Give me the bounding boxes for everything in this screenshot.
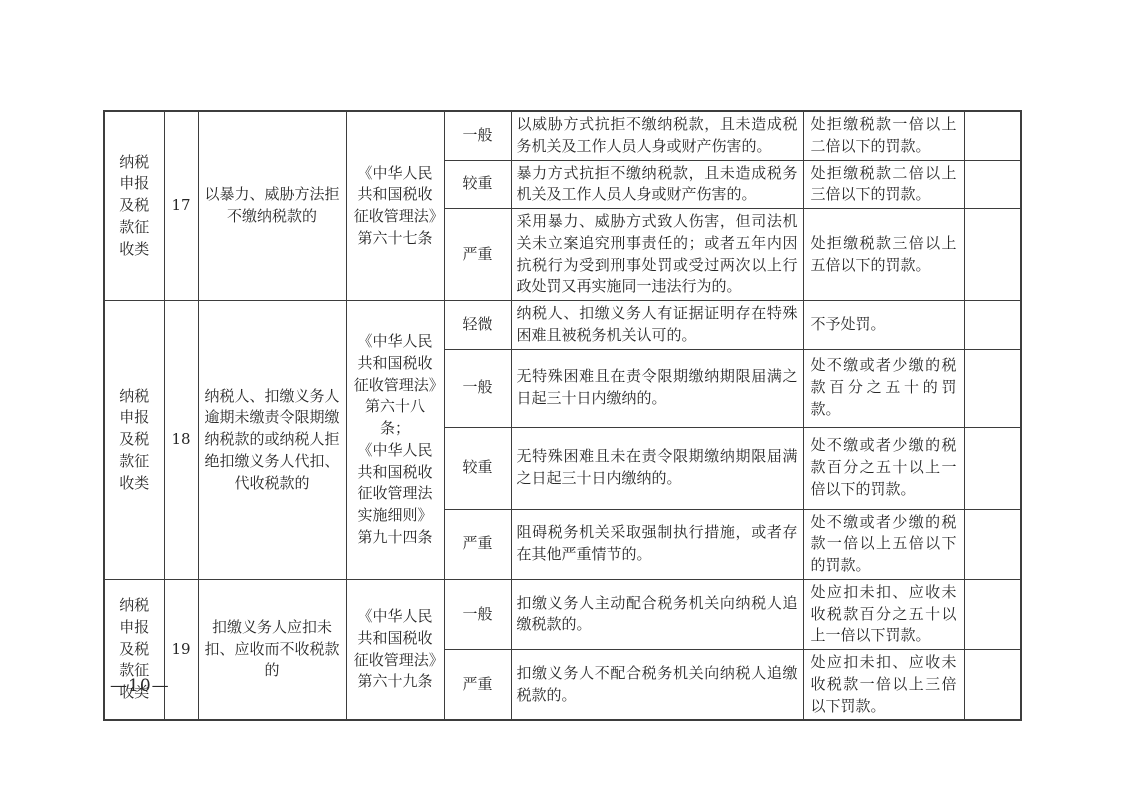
circumstance-cell: 无特殊困难且未在责令限期缴纳期限届满之日起三十日内缴纳的。: [511, 427, 803, 509]
legal-basis-citation: 《中华人民共和国税收征收管理法》第六十七条: [351, 163, 440, 250]
circumstance-cell: 暴力方式抗拒不缴纳税款，且未造成税务机关及工作人员人身或财产伤害的。: [511, 160, 803, 209]
row-number-cell: 19: [164, 579, 198, 720]
remark-cell: [964, 509, 1021, 579]
remark-cell: [964, 427, 1021, 509]
table-row: 纳税申报及税款征收类 17 以暴力、威胁方法拒不缴纳税款的 《中华人民共和国税收…: [104, 111, 1021, 160]
severity-cell: 一般: [444, 579, 511, 649]
legal-basis-cell: 《中华人民共和国税收征收管理法》第六十八条； 《中华人民共和国税收征收管理法实施…: [346, 301, 444, 580]
severity-cell: 严重: [444, 650, 511, 721]
table-row: 纳税申报及税款征收类 19 扣缴义务人应扣未扣、应收而不收税款的 《中华人民共和…: [104, 579, 1021, 649]
legal-basis-citation: 《中华人民共和国税收征收管理法实施细则》第九十四条: [351, 440, 440, 549]
severity-cell: 一般: [444, 349, 511, 427]
circumstance-cell: 扣缴义务人主动配合税务机关向纳税人追缴税款的。: [511, 579, 803, 649]
legal-basis-citation: 《中华人民共和国税收征收管理法》第六十九条: [351, 606, 440, 693]
violation-cell: 以暴力、威胁方法拒不缴纳税款的: [198, 111, 346, 301]
remark-cell: [964, 209, 1021, 301]
penalty-cell: 处拒缴税款一倍以上二倍以下的罚款。: [803, 111, 964, 160]
penalty-cell: 处拒缴税款二倍以上三倍以下的罚款。: [803, 160, 964, 209]
circumstance-cell: 阻碍税务机关采取强制执行措施，或者存在其他严重情节的。: [511, 509, 803, 579]
circumstance-cell: 无特殊困难且在责令限期缴纳期限届满之日起三十日内缴纳的。: [511, 349, 803, 427]
circumstance-cell: 纳税人、扣缴义务人有证据证明存在特殊困难且被税务机关认可的。: [511, 301, 803, 350]
circumstance-cell: 以威胁方式抗拒不缴纳税款，且未造成税务机关及工作人员人身或财产伤害的。: [511, 111, 803, 160]
penalty-cell: 处应扣未扣、应收未收税款一倍以上三倍以下罚款。: [803, 650, 964, 721]
violation-cell: 扣缴义务人应扣未扣、应收而不收税款的: [198, 579, 346, 720]
remark-cell: [964, 349, 1021, 427]
penalty-cell: 处不缴或者少缴的税款一倍以上五倍以下的罚款。: [803, 509, 964, 579]
severity-cell: 较重: [444, 427, 511, 509]
legal-basis-citation: 《中华人民共和国税收征收管理法》第六十八条；: [351, 331, 440, 440]
penalty-cell: 处应扣未扣、应收未收税款百分之五十以上一倍以下罚款。: [803, 579, 964, 649]
penalty-cell: 不予处罚。: [803, 301, 964, 350]
remark-cell: [964, 650, 1021, 721]
severity-cell: 严重: [444, 209, 511, 301]
remark-cell: [964, 301, 1021, 350]
circumstance-cell: 采用暴力、威胁方式致人伤害，但司法机关未立案追究刑事责任的；或者五年内因抗税行为…: [511, 209, 803, 301]
category-cell: 纳税申报及税款征收类: [104, 111, 164, 301]
penalty-cell: 处不缴或者少缴的税款百分之五十的罚款。: [803, 349, 964, 427]
row-number-cell: 17: [164, 111, 198, 301]
remark-cell: [964, 111, 1021, 160]
page-number: —10—: [110, 676, 170, 696]
severity-cell: 严重: [444, 509, 511, 579]
remark-cell: [964, 160, 1021, 209]
legal-basis-cell: 《中华人民共和国税收征收管理法》第六十七条: [346, 111, 444, 301]
table-row: 纳税申报及税款征收类 18 纳税人、扣缴义务人逾期未缴责令限期缴纳税款的或纳税人…: [104, 301, 1021, 350]
category-cell: 纳税申报及税款征收类: [104, 579, 164, 720]
penalty-table: 纳税申报及税款征收类 17 以暴力、威胁方法拒不缴纳税款的 《中华人民共和国税收…: [103, 110, 1022, 721]
circumstance-cell: 扣缴义务人不配合税务机关向纳税人追缴税款的。: [511, 650, 803, 721]
legal-basis-cell: 《中华人民共和国税收征收管理法》第六十九条: [346, 579, 444, 720]
penalty-cell: 处不缴或者少缴的税款百分之五十以上一倍以下的罚款。: [803, 427, 964, 509]
severity-cell: 一般: [444, 111, 511, 160]
severity-cell: 较重: [444, 160, 511, 209]
category-cell: 纳税申报及税款征收类: [104, 301, 164, 580]
penalty-cell: 处拒缴税款三倍以上五倍以下的罚款。: [803, 209, 964, 301]
severity-cell: 轻微: [444, 301, 511, 350]
row-number-cell: 18: [164, 301, 198, 580]
document-page: 纳税申报及税款征收类 17 以暴力、威胁方法拒不缴纳税款的 《中华人民共和国税收…: [0, 0, 1122, 793]
violation-cell: 纳税人、扣缴义务人逾期未缴责令限期缴纳税款的或纳税人拒绝扣缴义务人代扣、代收税款…: [198, 301, 346, 580]
remark-cell: [964, 579, 1021, 649]
